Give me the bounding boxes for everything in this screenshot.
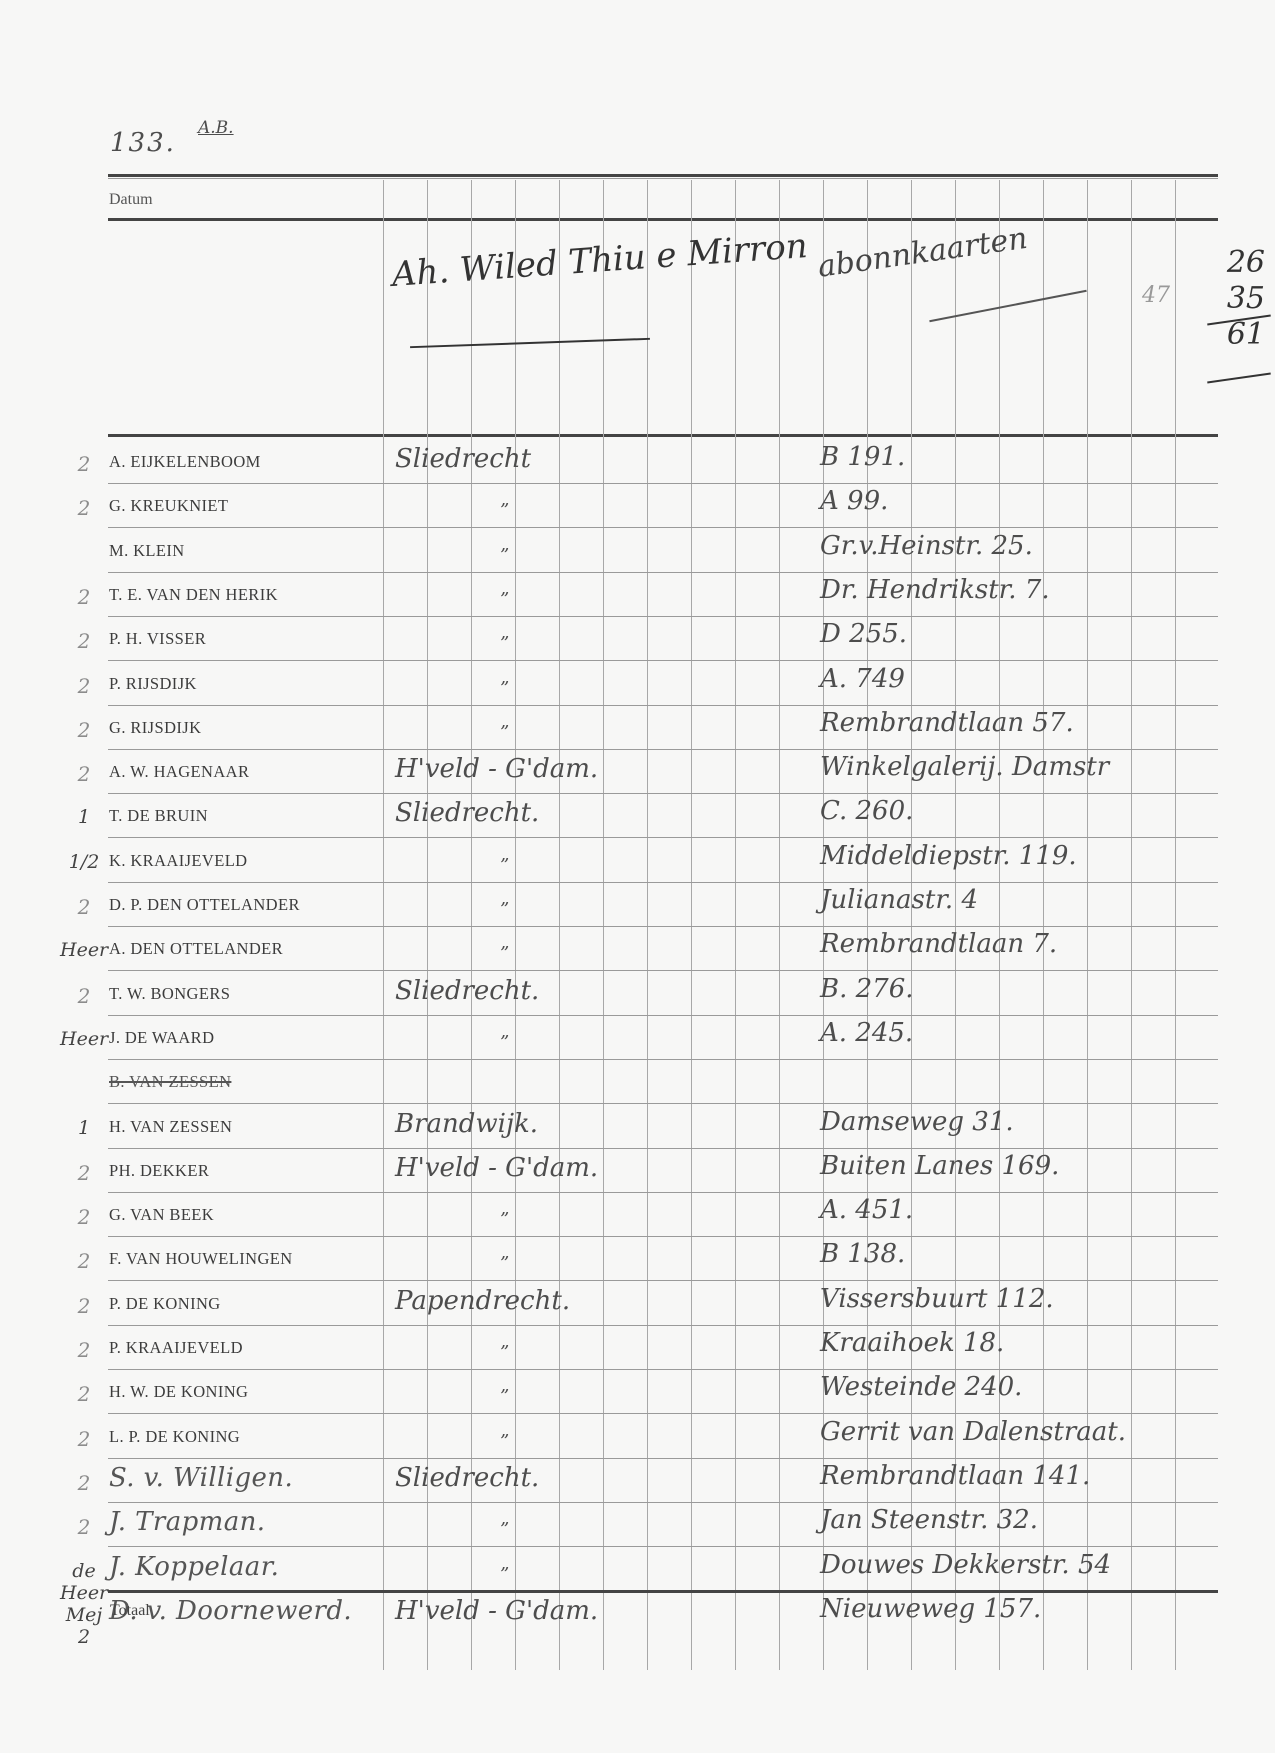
row-margin-mark: 2 (60, 1338, 108, 1362)
ledger-row: 2F. VAN HOUWELINGEN”B 138. (0, 1237, 1275, 1281)
row-name: K. KRAAIJEVELD (109, 851, 248, 871)
row-place: ” (500, 855, 509, 876)
ledger-row: 2PH. DEKKERH'veld - G'dam.Buiten Lanes 1… (0, 1149, 1275, 1193)
ledger-row: 2G. RIJSDIJK”Rembrandtlaan 57. (0, 706, 1275, 750)
row-name: H. VAN ZESSEN (109, 1117, 232, 1137)
ledger-row: 1/2K. KRAAIJEVELD”Middeldiepstr. 119. (0, 839, 1275, 883)
row-place: ” (500, 589, 509, 610)
row-margin-mark: 2 (60, 452, 108, 476)
row-address: B 191. (820, 442, 905, 472)
row-name: G. VAN BEEK (109, 1205, 214, 1225)
row-margin-mark: 2 (60, 895, 108, 919)
row-name: F. VAN HOUWELINGEN (109, 1249, 293, 1269)
ledger-row: 2H. W. DE KONING”Westeinde 240. (0, 1370, 1275, 1414)
ledger-row: B. VAN ZESSEN (0, 1060, 1275, 1104)
row-address: Westeinde 240. (820, 1372, 1022, 1402)
row-address: Gerrit van Dalenstraat. (820, 1417, 1126, 1447)
row-place: ” (500, 1564, 509, 1585)
row-place: ” (500, 1032, 509, 1053)
sheet-number: 133. (110, 128, 176, 158)
row-place: ” (500, 1431, 509, 1452)
row-margin-mark: 2 (60, 674, 108, 698)
row-name: T. DE BRUIN (109, 806, 208, 826)
row-address: C. 260. (820, 796, 913, 826)
ledger-row: 2J. Trapman.”Jan Steenstr. 32. (0, 1503, 1275, 1547)
ledger-row: 2S. v. Willigen.Sliedrecht.Rembrandtlaan… (0, 1459, 1275, 1503)
row-address: B 138. (820, 1239, 905, 1269)
row-place: ” (500, 1386, 509, 1407)
top-rule-thin (108, 178, 1218, 179)
address-heading-underline (929, 290, 1086, 322)
row-name: S. v. Willigen. (109, 1463, 293, 1493)
row-margin-mark: 2 (60, 762, 108, 786)
row-margin-mark: 2 (60, 1515, 108, 1539)
row-place: ” (500, 500, 509, 521)
row-margin-mark: 2 (60, 496, 108, 520)
row-place: Brandwijk. (395, 1109, 538, 1139)
row-place: ” (500, 1519, 509, 1540)
margin-pencil-note: 47 (1142, 283, 1170, 308)
row-name: J. DE WAARD (109, 1028, 214, 1048)
ledger-row: 1T. DE BRUINSliedrecht.C. 260. (0, 794, 1275, 838)
row-margin-mark: 1 (60, 806, 108, 828)
ledger-row: 2T. E. VAN DEN HERIK”Dr. Hendrikstr. 7. (0, 573, 1275, 617)
row-margin-mark: 2 (60, 629, 108, 653)
row-address: A. 451. (820, 1195, 913, 1225)
row-margin-mark: 2 (60, 1294, 108, 1318)
row-place: Sliedrecht (395, 444, 531, 474)
row-address: Jan Steenstr. 32. (820, 1505, 1038, 1535)
ledger-row: 2P. KRAAIJEVELD”Kraaihoek 18. (0, 1326, 1275, 1370)
row-margin-mark: 2 (60, 1205, 108, 1229)
row-place: ” (500, 545, 509, 566)
row-margin-mark: 2 (60, 585, 108, 609)
datum-rule (108, 218, 1218, 221)
calc-underline (1207, 373, 1271, 384)
ledger-row: 2L. P. DE KONING”Gerrit van Dalenstraat. (0, 1415, 1275, 1459)
row-name: P. KRAAIJEVELD (109, 1338, 243, 1358)
row-address: Nieuweweg 157. (820, 1594, 1041, 1624)
row-place: Sliedrecht. (395, 798, 539, 828)
margin-calculation: 26 35 61 (1225, 245, 1265, 353)
row-margin-mark: 2 (60, 1382, 108, 1406)
row-place: ” (500, 943, 509, 964)
row-place: ” (500, 722, 509, 743)
row-margin-mark: 2 (60, 984, 108, 1008)
header-bottom-rule (108, 434, 1218, 437)
totaal-label: Totaal (110, 1602, 150, 1620)
row-name: P. H. VISSER (109, 629, 206, 649)
row-place: H'veld - G'dam. (395, 1596, 598, 1626)
row-name: M. KLEIN (109, 541, 185, 561)
row-name: A. DEN OTTELANDER (109, 939, 283, 959)
row-place: ” (500, 678, 509, 699)
ledger-row: M. KLEIN”Gr.v.Heinstr. 25. (0, 529, 1275, 573)
row-name: J. Trapman. (109, 1507, 265, 1537)
row-address: Vissersbuurt 112. (820, 1284, 1054, 1314)
row-address: A. 245. (820, 1018, 913, 1048)
ledger-row: 2A. EIJKELENBOOMSliedrechtB 191. (0, 440, 1275, 484)
row-margin-mark: 2 (60, 1471, 108, 1495)
row-address: Rembrandtlaan 57. (820, 708, 1074, 738)
row-margin-mark: Heer (60, 939, 108, 961)
row-margin-mark: Mej 2 (60, 1604, 108, 1648)
place-column-heading: Ah. Wiled Thiu e Mirron (391, 226, 809, 295)
ledger-page: 133. A.B. Datum Ah. Wiled Thiu e Mirron … (0, 0, 1275, 1753)
row-address: Rembrandtlaan 7. (820, 929, 1057, 959)
row-address: A 99. (820, 486, 888, 516)
row-margin-mark: 2 (60, 1249, 108, 1273)
ledger-row: 2A. W. HAGENAARH'veld - G'dam.Winkelgale… (0, 750, 1275, 794)
row-name: P. DE KONING (109, 1294, 221, 1314)
row-margin-mark: Heer (60, 1028, 108, 1050)
row-margin-mark: 2 (60, 1161, 108, 1185)
row-address: Damseweg 31. (820, 1107, 1014, 1137)
row-address: Kraaihoek 18. (820, 1328, 1004, 1358)
row-address: Middeldiepstr. 119. (820, 841, 1077, 871)
row-address: Winkelgalerij. Damstr (820, 752, 1109, 782)
row-place: ” (500, 1342, 509, 1363)
row-address: Julianastr. 4 (820, 885, 978, 915)
row-place: ” (500, 1209, 509, 1230)
ledger-row: 2D. P. DEN OTTELANDER”Julianastr. 4 (0, 883, 1275, 927)
row-name: A. EIJKELENBOOM (109, 452, 261, 472)
row-name: J. Koppelaar. (109, 1552, 279, 1582)
row-name: PH. DEKKER (109, 1161, 209, 1181)
row-name: G. KREUKNIET (109, 496, 228, 516)
ledger-row: 2P. DE KONINGPapendrecht.Vissersbuurt 11… (0, 1282, 1275, 1326)
row-address: B. 276. (820, 974, 914, 1004)
row-place: ” (500, 1253, 509, 1274)
ledger-row: 2T. W. BONGERSSliedrecht.B. 276. (0, 972, 1275, 1016)
row-name: L. P. DE KONING (109, 1427, 240, 1447)
row-margin-mark: 1 (60, 1117, 108, 1139)
calc-total: 61 (1225, 317, 1265, 353)
row-address: D 255. (820, 619, 907, 649)
ledger-row: 2G. VAN BEEK”A. 451. (0, 1193, 1275, 1237)
row-address: Gr.v.Heinstr. 25. (820, 531, 1033, 561)
row-name: B. VAN ZESSEN (109, 1072, 231, 1092)
row-name: H. W. DE KONING (109, 1382, 248, 1402)
ledger-row: HeerJ. DE WAARD”A. 245. (0, 1016, 1275, 1060)
place-heading-underline (410, 338, 650, 348)
ledger-row: 2P. RIJSDIJK”A. 749 (0, 662, 1275, 706)
row-address: A. 749 (820, 664, 905, 694)
sheet-code: A.B. (198, 118, 234, 138)
ledger-row: 1H. VAN ZESSENBrandwijk.Damseweg 31. (0, 1105, 1275, 1149)
ledger-row: 2G. KREUKNIET”A 99. (0, 484, 1275, 528)
row-name: D. P. DEN OTTELANDER (109, 895, 300, 915)
calc-line-1: 26 (1225, 245, 1265, 281)
row-name: T. W. BONGERS (109, 984, 230, 1004)
ledger-row: 2P. H. VISSER”D 255. (0, 617, 1275, 661)
row-place: Sliedrecht. (395, 976, 539, 1006)
row-margin-mark: 2 (60, 1427, 108, 1451)
row-address: Rembrandtlaan 141. (820, 1461, 1090, 1491)
row-address: Buiten Lanes 169. (820, 1151, 1059, 1181)
datum-label: Datum (109, 191, 153, 209)
calc-line-2: 35 (1225, 281, 1265, 317)
ledger-row: de HeerJ. Koppelaar.”Douwes Dekkerstr. 5… (0, 1548, 1275, 1592)
row-name: T. E. VAN DEN HERIK (109, 585, 278, 605)
totaal-rule (108, 1590, 1218, 1593)
row-address: Dr. Hendrikstr. 7. (820, 575, 1050, 605)
row-name: A. W. HAGENAAR (109, 762, 249, 782)
row-margin-mark: 2 (60, 718, 108, 742)
row-place: ” (500, 633, 509, 654)
ledger-row: HeerA. DEN OTTELANDER”Rembrandtlaan 7. (0, 927, 1275, 971)
row-name: P. RIJSDIJK (109, 674, 197, 694)
row-place: Papendrecht. (395, 1286, 570, 1316)
row-address: Douwes Dekkerstr. 54 (820, 1550, 1111, 1580)
ledger-row: Mej 2D. v. Doornewerd.H'veld - G'dam.Nie… (0, 1592, 1275, 1636)
address-column-heading: abonnkaarten (816, 221, 1030, 285)
row-place: Sliedrecht. (395, 1463, 539, 1493)
row-place: ” (500, 899, 509, 920)
row-name: G. RIJSDIJK (109, 718, 201, 738)
row-margin-mark: 1/2 (60, 851, 108, 873)
row-place: H'veld - G'dam. (395, 754, 598, 784)
row-place: H'veld - G'dam. (395, 1153, 598, 1183)
top-rule (108, 174, 1218, 177)
